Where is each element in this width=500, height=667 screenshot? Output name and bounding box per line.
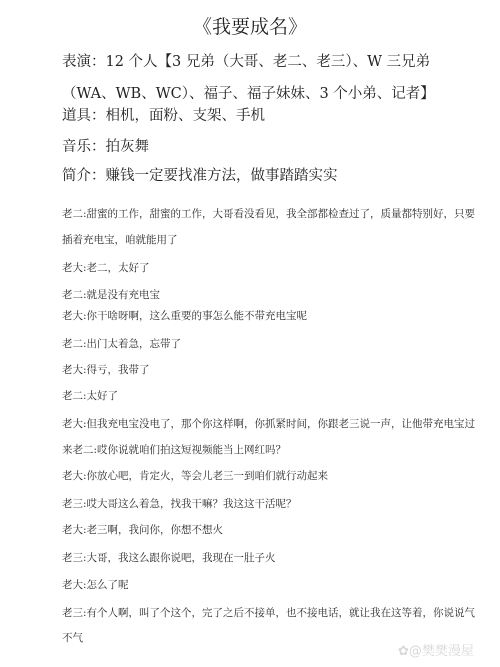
script-line: 老二:就是没有充电宝 (62, 287, 160, 302)
script-line: 老三:哎大哥这么着急，找我干嘛？我这这干活呢？ (62, 496, 297, 511)
cast-line-1: 表演：12 个人【3 兄弟（大哥、老二、老三）、W 三兄弟 (62, 50, 430, 71)
script-line: 老二:甜蜜的工作，甜蜜的工作，大哥看没看见，我全部都检查过了，质量都特别好，只要 (62, 206, 475, 221)
script-line: 来老二:哎你说就咱们拍这短视频能当上网红吗？ (62, 442, 286, 457)
summary-line: 简介：赚钱一定要找准方法，做事踏踏实实 (62, 164, 338, 185)
script-line: 老大:怎么了呢 (62, 577, 129, 592)
script-line: 老大:但我充电宝没电了，那个你这样啊，你抓紧时间，你跟老三说一声，让他带充电宝过 (62, 416, 475, 431)
script-line: 老大:老三啊，我问你，你想不想火 (62, 522, 223, 537)
script-line: 老大:你干啥呀啊，这么重要的事怎么能不带充电宝呢 (62, 308, 307, 323)
script-line: 老大:你放心吧，肯定火，等会儿老三一到咱们就行动起来 (62, 468, 328, 483)
script-line: 不气 (62, 630, 83, 645)
script-line: 老大:得亏，我带了 (62, 362, 150, 377)
watermark: ✿@樊樊漫屋 (398, 640, 474, 659)
props-line: 道具：相机，面粉、支架、手机 (62, 104, 265, 125)
script-line: 老三:大哥，我这么跟你说吧，我现在一肚子火 (62, 550, 276, 565)
cast-line-2: （WA、WB、WC）、福子、福子妹妹、3 个小弟、记者】 (62, 82, 435, 103)
script-line: 老三:有个人啊，叫了个这个，完了之后不接单，也不接电话，就让我在这等着，你说说气 (62, 605, 475, 620)
script-line: 老二:出门太着急，忘带了 (62, 336, 181, 351)
music-line: 音乐：拍灰舞 (62, 135, 149, 156)
script-line: 插着充电宝，咱就能用了 (62, 232, 178, 247)
document-title: 《我要成名》 (0, 12, 500, 39)
script-line: 老二:太好了 (62, 388, 118, 403)
script-line: 老大:老二，太好了 (62, 260, 150, 275)
